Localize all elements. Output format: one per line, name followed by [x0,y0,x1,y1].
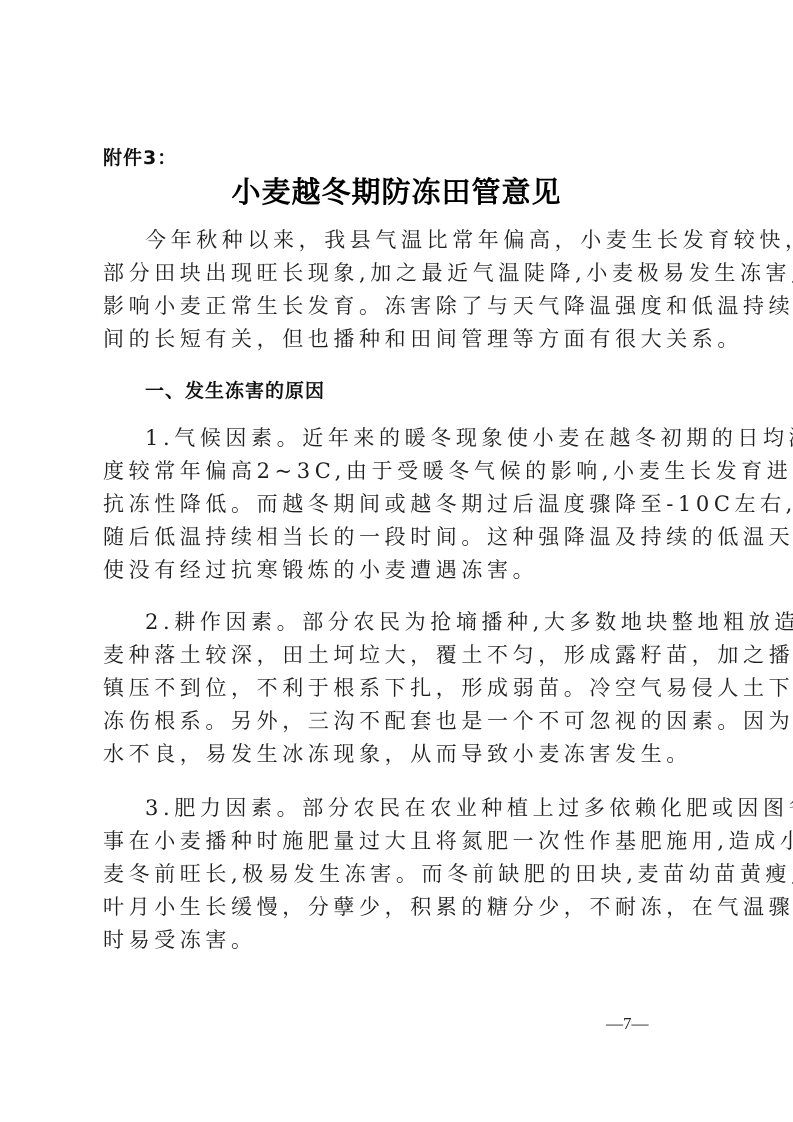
item2-line: 2.耕作因素。部分农民为抢墒播种,大多数地块整地粗放造成 [145,606,693,639]
attachment-label: 附件3： [103,143,177,170]
document-title: 小麦越冬期防冻田管意见 [0,170,793,211]
intro-line: 今年秋种以来，我县气温比常年偏高，小麦生长发育较快， [145,224,693,257]
document-page: 附件3： 小麦越冬期防冻田管意见 今年秋种以来，我县气温比常年偏高，小麦生长发育… [0,0,793,1122]
item2-line: 镇压不到位，不利于根系下扎，形成弱苗。冷空气易侵人土下， [103,672,693,705]
intro-line: 影响小麦正常生长发育。冻害除了与天气降温强度和低温持续时 [103,290,693,323]
item1-line: 随后低温持续相当长的一段时间。这种强降温及持续的低温天气 [103,521,693,554]
page-number: —7— [606,1014,649,1034]
item1-line: 抗冻性降低。而越冬期间或越冬期过后温度骤降至-10C左右, [103,488,693,521]
item2-line: 水不良，易发生冰冻现象，从而导致小麦冻害发生。 [103,738,693,771]
section-heading: 一、发生冻害的原因 [145,375,325,408]
item3-line: 3.肥力因素。部分农民在农业种植上过多依赖化肥或因图省 [145,792,693,825]
item3-line: 麦冬前旺长,极易发生冻害。而冬前缺肥的田块,麦苗幼苗黄瘦, [103,858,693,891]
item3-line: 叶月小生长缓慢，分孽少，积累的糖分少，不耐冻，在气温骤降 [103,891,693,924]
item1-line: 度较常年偏高2~3C,由于受暖冬气候的影响,小麦生长发育进快, [103,455,693,488]
item3-line: 时易受冻害。 [103,924,693,957]
item2-line: 麦种落土较深，田土坷垃大，覆土不匀，形成露籽苗，加之播后 [103,639,693,672]
item3-line: 事在小麦播种时施肥量过大且将氮肥一次性作基肥施用,造成小 [103,825,693,858]
item2-line: 冻伤根系。另外，三沟不配套也是一个不可忽视的因素。因为排 [103,705,693,738]
item1-line: 1.气候因素。近年来的暖冬现象使小麦在越冬初期的日均温 [145,422,693,455]
item1-line: 使没有经过抗寒锻炼的小麦遭遇冻害。 [103,554,693,587]
intro-line: 部分田块出现旺长现象,加之最近气温陡降,小麦极易发生冻害, [103,257,693,290]
intro-line: 间的长短有关，但也播种和田间管理等方面有很大关系。 [103,323,693,356]
